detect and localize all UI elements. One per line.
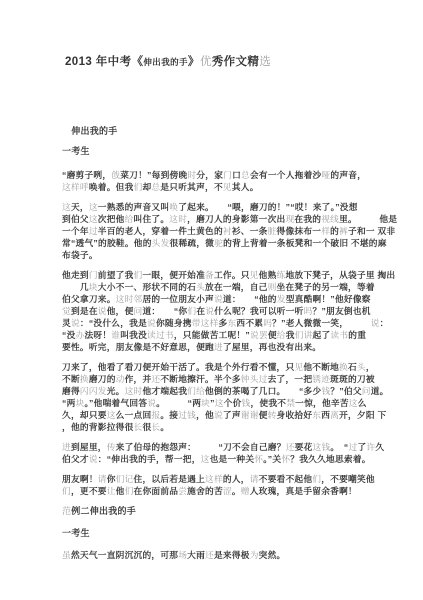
fallback-glyph-text: 报: [151, 410, 160, 420]
fallback-glyph-text: 们: [312, 474, 321, 484]
essay-heading: 伸出我的手: [62, 125, 403, 137]
fallback-glyph-text: 见: [294, 362, 303, 372]
text-segment: 是只听其声，不: [160, 182, 223, 192]
text-segment: 。: [160, 422, 169, 432]
text-line: 几块大小不一、形状不同的石头放在一端，自己则坐在凳子的另一端，等着: [62, 281, 403, 293]
fallback-glyph-text: 怀: [281, 454, 290, 464]
fallback-glyph-text: 头发: [152, 238, 170, 248]
fallback-glyph-text: 这时: [125, 386, 143, 396]
fallback-glyph-text: 尝: [178, 486, 187, 496]
fallback-glyph-text: 头: [357, 362, 366, 372]
text-segment: 的声音，: [330, 170, 366, 180]
text-line: “没办法呀！谁叫我没读过书，只能做苦工呢！”说罢便给我们讲起了读书的重: [62, 329, 403, 341]
fallback-glyph-text: 样: [321, 226, 330, 236]
fallback-glyph-text: 谢谢: [241, 410, 259, 420]
text-segment: 叫我没: [120, 330, 147, 340]
fallback-glyph-text: 优: [200, 56, 212, 68]
fallback-glyph-text: 谁: [111, 330, 120, 340]
text-segment: 起了: [313, 330, 331, 340]
text-segment: ？”老人微微一笑，: [272, 318, 371, 328]
text-segment: 久，却只要: [62, 410, 107, 420]
fallback-glyph-text: 长: [151, 422, 160, 432]
fallback-glyph-text: 总: [241, 170, 250, 180]
fallback-glyph-text: 这: [62, 202, 71, 212]
text-segment: 几: [62, 282, 89, 292]
text-segment: 。: [232, 486, 241, 496]
text-segment: ，: [366, 362, 375, 372]
text-segment: 布袋子。: [62, 250, 98, 260]
fallback-glyph-text: 衬: [223, 226, 232, 236]
text-line: 布袋子。: [62, 249, 403, 261]
text-segment: 法呀！: [84, 330, 111, 340]
fallback-glyph-text: 钟头过: [241, 374, 268, 384]
fallback-glyph-text: 这样: [62, 182, 80, 192]
fallback-glyph-text: 赠: [241, 486, 250, 496]
text-segment: 的人，: [223, 474, 250, 484]
text-segment: 光。: [107, 386, 125, 396]
fallback-glyph-text: 读过书: [147, 330, 174, 340]
fallback-glyph-text: 们讲: [295, 330, 313, 340]
text-segment: 什么呢？我可以听一听: [214, 306, 303, 316]
fallback-glyph-text: 驼: [214, 238, 223, 248]
text-segment: 便: [259, 410, 268, 420]
text-segment: 石: [348, 362, 357, 372]
paragraph-1: “磨剪子咧，戗菜刀！”每到傍晚时分，家门口总会有一个人拖着沙哑的声音，这样呼唤着…: [62, 169, 403, 193]
text-segment: 唤着。但我: [89, 182, 134, 192]
fallback-glyph-text: 这: [215, 398, 224, 408]
text-segment: 个价: [224, 398, 242, 408]
fallback-glyph-text: 觉: [62, 306, 71, 316]
text-segment: 伯父拿刀来。: [62, 294, 116, 304]
fallback-glyph-text: 们记: [116, 474, 134, 484]
fallback-glyph-text: 块: [89, 282, 98, 292]
fallback-glyph-text: 见: [250, 270, 259, 280]
fallback-glyph-text: 这: [349, 398, 358, 408]
text-line: 这天，这一熟悉的声音又叫唤了起来。 “喂，磨刀的！”“哎！来了。”没想: [62, 201, 403, 213]
text-segment: 坐在凳子的另一端，等着: [277, 282, 375, 292]
text-segment: 西不累: [236, 318, 263, 328]
text-segment: ？”伯父: [330, 386, 361, 396]
text-segment: 他才端起我: [142, 386, 187, 396]
fallback-glyph-text: 视线: [321, 214, 339, 224]
text-segment: 住，以后若是遇上: [134, 474, 206, 484]
text-segment: ，他: [196, 410, 214, 420]
text-segment: ，他的背影拉得很: [62, 422, 134, 432]
text-segment: 要性。听完，朋友像是不好意思，便跑: [62, 342, 214, 352]
text-segment: 在: [196, 306, 205, 316]
text-segment: 口: [232, 170, 241, 180]
text-segment: 施舍的苦: [187, 486, 223, 496]
fallback-glyph-text: 还: [286, 442, 295, 452]
text-segment: ：“伸出我的手，帮一把，: [98, 454, 201, 464]
text-segment: 开，夕阳 下: [339, 410, 386, 420]
text-segment: 秀作文精: [212, 56, 260, 68]
fallback-glyph-text: 这: [89, 202, 98, 212]
text-segment: 到屋里，: [71, 442, 107, 452]
fallback-glyph-text: 总: [151, 182, 160, 192]
paragraph-2: 这天，这一熟悉的声音又叫唤了起来。 “喂，磨刀的！”“哎！来了。”没想到伯父这次…: [62, 201, 403, 261]
text-segment: 会有一个人拖着沙: [250, 170, 322, 180]
fallback-glyph-text: 时: [187, 170, 196, 180]
text-segment: ：: [380, 318, 389, 328]
fallback-glyph-text: 禁: [286, 398, 295, 408]
text-line: 伯父拿刀来。这时邻居的一位朋友小声说道： “他的发型真酷啊！”他好像察: [62, 293, 403, 305]
fallback-glyph-text: 们: [187, 306, 196, 316]
fallback-glyph-text: 带这样: [192, 318, 219, 328]
text-segment: 一考生: [62, 528, 90, 538]
text-segment: 他熟: [259, 270, 277, 280]
text-line: 不断换磨刀的动作，并还不断地擦汗。半个多钟头过去了，一把锈迹斑斑的刀被: [62, 373, 403, 385]
paragraph-5: 进到屋里，传来了伯母的抱怨声： “刀不会自己磨？还要花这钱。 “过了许久伯父才说…: [62, 441, 403, 465]
text-segment: 了声: [223, 410, 241, 420]
text-line: 2013 年中考《伸出我的手》优秀作文精选: [65, 55, 403, 69]
text-segment: 得像抹布一: [277, 226, 322, 236]
text-line: 朋友啊！请你们记住，以后若是遇上这样的人，请不要看不起他们，不要嘲笑他: [62, 473, 403, 485]
text-segment: 一惊，他辛苦: [295, 398, 349, 408]
text-line: 久，却只要这么一点回报。接过钱，他说了声谢谢便转身收拾好东西离开，夕阳 下: [62, 409, 403, 421]
text-line: 进到屋里，传来了伯母的抱怨声： “刀不会自己磨？还要花这钱。 “过了许久: [62, 441, 403, 453]
text-segment: 次把他: [98, 214, 125, 224]
fallback-glyph-text: 还: [205, 550, 214, 560]
main-title: 2013 年中考《伸出我的手》优秀作文精选: [65, 55, 403, 69]
text-segment: 一眼，便开始准: [142, 270, 205, 280]
text-segment: 工作。只: [214, 270, 250, 280]
text-segment: 斑斑的刀被: [330, 374, 375, 384]
text-segment: 一考生: [62, 146, 90, 156]
fallback-glyph-text: 虽: [62, 550, 71, 560]
text-segment: 西: [321, 410, 330, 420]
text-segment: 了屋里，再也没有出来。: [223, 342, 321, 352]
fallback-glyph-text: 吗: [304, 306, 313, 316]
fallback-glyph-text: 东: [312, 410, 321, 420]
text-segment: 在你面前品: [134, 486, 179, 496]
text-segment: 你随身携: [156, 318, 192, 328]
text-segment: 。”他喘着气回答: [84, 398, 147, 408]
fallback-glyph-text: 脏: [268, 226, 277, 236]
text-segment: “没: [62, 330, 76, 340]
fallback-glyph-text: 们: [125, 486, 134, 496]
text-segment: 大雨: [187, 550, 205, 560]
fallback-glyph-text: 这时邻: [116, 294, 143, 304]
fallback-glyph-text: 给: [277, 330, 286, 340]
fallback-glyph-text: 传: [107, 442, 116, 452]
text-segment: 便: [268, 330, 277, 340]
text-segment: 久: [375, 442, 384, 452]
fallback-glyph-text: 过: [89, 226, 98, 236]
text-segment: “磨剪子咧，: [62, 170, 111, 180]
text-segment: 是来得极: [214, 550, 250, 560]
fallback-glyph-text: 说: [147, 318, 156, 328]
text-segment: 一个年: [62, 226, 89, 236]
text-segment: 也是一种关: [210, 454, 255, 464]
text-segment: 其人。: [232, 182, 259, 192]
text-segment: 么: [358, 398, 367, 408]
text-segment: 他倒的茶喝了几口。 “多少: [205, 386, 321, 396]
text-segment: 伸出我的手: [143, 57, 188, 67]
fallback-glyph-text: 这: [107, 410, 116, 420]
fallback-glyph-text: 问: [362, 386, 371, 396]
text-segment: 作，并: [125, 374, 152, 384]
fallback-glyph-text: 说罢: [250, 330, 268, 340]
text-segment: 地放下凳子，从袋子里 掏出: [285, 270, 395, 280]
text-line: “磨剪子咧，戗菜刀！”每到傍晚时分，家门口总会有一个人拖着沙哑的声音，: [62, 169, 403, 181]
fallback-glyph-text: 备: [205, 270, 214, 280]
text-line: 们，更不要让他们在你面前品尝施舍的苦涩。赠人玫瑰，真是手留余香啊！: [62, 485, 403, 497]
fallback-glyph-text: 裤: [339, 226, 348, 236]
text-segment: 身收拾好: [277, 410, 313, 420]
text-segment: 大小不一、形状不同的石: [98, 282, 196, 292]
text-segment: 然天气一直阴沉沉的，可那: [71, 550, 178, 560]
fallback-glyph-text: 见: [223, 182, 232, 192]
fallback-glyph-text: 说: [89, 454, 98, 464]
fallback-glyph-text: 离: [330, 410, 339, 420]
example-two-heading: 范例二伸出我的手: [62, 505, 403, 517]
text-segment: 伯父才: [62, 454, 89, 464]
fallback-glyph-text: 们: [62, 486, 71, 496]
fallback-glyph-text: 这: [201, 454, 210, 464]
text-segment: 放在一端，自己: [205, 282, 268, 292]
text-segment: 前望了我: [98, 270, 134, 280]
text-segment: 灵: [62, 318, 71, 328]
fallback-glyph-text: 进: [62, 442, 71, 452]
text-segment: 不断: [62, 374, 80, 384]
text-segment: 要花: [295, 442, 313, 452]
fallback-glyph-text: 这时: [169, 214, 187, 224]
text-segment: 他，便: [107, 306, 134, 316]
fallback-glyph-text: 说: [98, 306, 107, 316]
text-segment: 里。 他是: [339, 214, 397, 224]
text-segment: 居的一位朋友小声: [142, 294, 214, 304]
fallback-glyph-text: 为: [250, 550, 259, 560]
text-line: 灵说：“没什么，我是说你随身携带这样多东西不累吗？”老人微微一笑， 说：: [62, 317, 403, 329]
text-segment: 刀来了，他看了看刀便开始干活了。我是个外行看不懂，只: [62, 362, 294, 372]
text-line: 他走到门前望了我们一眼，便开始准备工作。只见他熟练地放下凳子，从袋子里 掏出: [62, 269, 403, 281]
fallback-glyph-text: 说: [205, 306, 214, 316]
text-segment: 不断地擦汗。半个多: [160, 374, 240, 384]
fallback-glyph-text: 动: [116, 374, 125, 384]
fallback-glyph-text: 呼: [80, 182, 89, 192]
paragraph-6: 朋友啊！请你们记住，以后若是遇上这样的人，请不要看不起他们，不要嘲笑他们，更不要…: [62, 473, 403, 497]
fallback-glyph-text: 门: [89, 270, 98, 280]
text-line: “两块。”他喘着气回答说。 “两块”这个价钱，使我不禁一惊，他辛苦这么: [62, 397, 403, 409]
fallback-glyph-text: 请: [98, 474, 107, 484]
text-segment: 的背上背着一条板凳和一个破旧 不堪的麻: [223, 238, 387, 248]
text-line: 磨得闪闪发光。这时他才端起我们给他倒的茶喝了几口。 “多少钱？”伯父问道。: [62, 385, 403, 397]
text-segment: “两: [62, 398, 76, 408]
text-segment: 一熟悉的声音又叫: [98, 202, 170, 212]
text-segment: 磨得: [62, 386, 80, 396]
text-segment: 》: [188, 56, 200, 68]
text-segment: 天，: [71, 202, 89, 212]
text-line: 到伯父这次把他给叫住了。这时，磨刀人的身影第一次出现在我的视线里。 他是: [62, 213, 403, 225]
text-segment: 很稀疏，微: [170, 238, 215, 248]
fallback-glyph-text: 块: [201, 398, 210, 408]
text-segment: 他: [116, 486, 125, 496]
fallback-glyph-text: 这样: [205, 474, 223, 484]
text-segment: 子和一 双非: [348, 226, 395, 236]
text-segment: ，更不要: [71, 486, 107, 496]
text-segment: 磨刀的: [89, 374, 116, 384]
text-segment: 的: [330, 226, 339, 236]
fallback-glyph-text: 选: [259, 56, 271, 68]
essay-byline-2: 一考生: [62, 527, 403, 539]
text-segment: 了起来。 “喂，磨刀的！”“哎！来了。”没想: [178, 202, 358, 212]
text-segment: ，只能做苦工呢！”: [174, 330, 250, 340]
fallback-glyph-text: 这: [89, 214, 98, 224]
paragraph-7: 虽然天气一直阴沉沉的，可那场大雨还是来得极为突然。: [62, 549, 403, 561]
text-segment: ？我久久地思索着。: [290, 454, 370, 464]
text-segment: 到伯父: [62, 214, 89, 224]
text-segment: ？”朋友倒也机: [313, 306, 371, 316]
text-segment: 。”关: [263, 454, 281, 464]
text-line: 要性。听完，朋友像是不好意思，便跑进了屋里，再也没有出来。: [62, 341, 403, 353]
text-segment: 么一点回: [116, 410, 152, 420]
fallback-glyph-text: 戗: [111, 170, 120, 180]
text-segment: 不要看不起他: [259, 474, 313, 484]
text-segment: 的重: [348, 330, 366, 340]
document-page: 2013 年中考《伸出我的手》优秀作文精选 伸出我的手一考生“磨剪子咧，戗菜刀！…: [0, 0, 423, 600]
text-segment: 。 “: [330, 442, 348, 452]
text-segment: ，不要嘲笑他: [321, 474, 375, 484]
fallback-glyph-text: 怀: [254, 454, 263, 464]
text-segment: 2013 年中考《: [65, 56, 143, 68]
fallback-glyph-text: 读书: [330, 330, 348, 340]
fallback-glyph-text: 许: [366, 442, 375, 452]
text-segment: 他走到: [62, 270, 89, 280]
text-segment: ：“没什么，我是: [80, 318, 147, 328]
text-line: 虽然天气一直阴沉沉的，可那场大雨还是来得极为突然。: [62, 549, 403, 561]
essay-byline: 一考生: [62, 145, 403, 157]
text-segment: 道： “他的: [223, 294, 277, 304]
text-line: 一考生: [62, 527, 403, 539]
text-segment: 。接: [160, 410, 178, 420]
text-line: 刀来了，他看了看刀便开始干活了。我是个外行看不懂，只见他不断地换石头，: [62, 361, 403, 373]
fallback-glyph-text: 说: [214, 294, 223, 304]
text-line: ，他的背影拉得很长很长。: [62, 421, 403, 433]
fallback-glyph-text: 范: [62, 506, 71, 516]
fallback-glyph-text: 头: [196, 282, 205, 292]
text-segment: 去了，一把: [268, 374, 313, 384]
text-segment: 到是在: [71, 306, 98, 316]
text-segment: 。 “两: [156, 398, 201, 408]
fallback-glyph-text: 吗: [263, 318, 272, 328]
text-segment: 来了伯母的抱怨声： “刀不会自己磨？: [116, 442, 286, 452]
text-segment: 半百的老人，穿着一件土黄色的: [98, 226, 223, 236]
text-line: 范例二伸出我的手: [62, 505, 403, 517]
fallback-glyph-text: 还: [151, 374, 160, 384]
text-segment: 突然。: [259, 550, 286, 560]
paragraph-4: 刀来了，他看了看刀便开始干活了。我是个外行看不懂，只见他不断地换石头，不断换磨刀…: [62, 361, 403, 433]
fallback-glyph-text: 唤: [169, 202, 178, 212]
fallback-glyph-text: 过钱: [178, 410, 196, 420]
text-line: 一考生: [62, 145, 403, 157]
text-line: 伯父才说：“伸出我的手，帮一把，这也是一种关怀。”关怀？我久久地思索着。: [62, 453, 403, 465]
text-segment: ，磨刀人的身影第一次出: [187, 214, 285, 224]
text-segment: 常“透气”的胶鞋。他的: [62, 238, 152, 248]
text-segment: 菜刀！”每到傍晚: [120, 170, 187, 180]
fallback-glyph-text: 说: [147, 398, 156, 408]
text-segment: 朋友啊！: [62, 474, 98, 484]
text-line: 觉到是在说他，便问道： “你们在说什么呢？我可以听一听吗？”朋友倒也机: [62, 305, 403, 317]
text-segment: 例二伸出我的手: [71, 506, 136, 516]
paragraph-3: 他走到门前望了我们一眼，便开始准备工作。只见他熟练地放下凳子，从袋子里 掏出 几…: [62, 269, 403, 353]
fallback-glyph-text: 则: [268, 282, 277, 292]
fallback-glyph-text: 请: [250, 474, 259, 484]
fallback-glyph-text: 转: [268, 410, 277, 420]
text-line: 这样呼唤着。但我们却总是只听其声，不见其人。: [62, 181, 403, 193]
text-segment: 分，家: [196, 170, 223, 180]
text-segment: 在我的: [294, 214, 321, 224]
text-segment: 衫、一条: [232, 226, 268, 236]
text-line: 伸出我的手: [62, 125, 403, 137]
text-segment: 你: [107, 474, 116, 484]
text-line: 常“透气”的胶鞋。他的头发很稀疏，微驼的背上背着一条板凳和一个破旧 不堪的麻: [62, 237, 403, 249]
fallback-glyph-text: 闪闪发: [80, 386, 107, 396]
text-segment: ，使我不: [250, 398, 286, 408]
fallback-glyph-text: 这钱: [313, 442, 331, 452]
text-segment: 伸出我的手: [62, 126, 118, 136]
text-segment: 叫住了。: [134, 214, 170, 224]
text-line: 一个年过半百的老人，穿着一件土黄色的衬衫、一条脏得像抹布一样的裤子和一 双非: [62, 225, 403, 237]
fallback-glyph-text: 场: [178, 550, 187, 560]
text-segment: 人玫瑰，真是手留余香啊！: [250, 486, 357, 496]
text-segment: 型真酷啊！”他好像察: [286, 294, 371, 304]
text-segment: 道： “你: [142, 306, 187, 316]
fallback-glyph-text: 给: [125, 214, 134, 224]
fallback-glyph-text: 门: [223, 170, 232, 180]
fallback-glyph-text: 进: [214, 342, 223, 352]
fallback-glyph-text: 说: [371, 318, 380, 328]
text-segment: 道。: [371, 386, 389, 396]
fallback-glyph-text: 发: [277, 294, 286, 304]
fallback-glyph-text: 换: [339, 362, 348, 372]
fallback-glyph-text: 涩: [223, 486, 232, 496]
fallback-glyph-text: 说: [214, 410, 223, 420]
fallback-glyph-text: 锈迹: [312, 374, 330, 384]
fallback-glyph-text: 让: [107, 486, 116, 496]
fallback-glyph-text: 换: [80, 374, 89, 384]
text-segment: 我: [286, 330, 295, 340]
text-segment: 他不断地: [303, 362, 339, 372]
fallback-glyph-text: 们给: [187, 386, 205, 396]
fallback-glyph-text: 说: [71, 318, 80, 328]
